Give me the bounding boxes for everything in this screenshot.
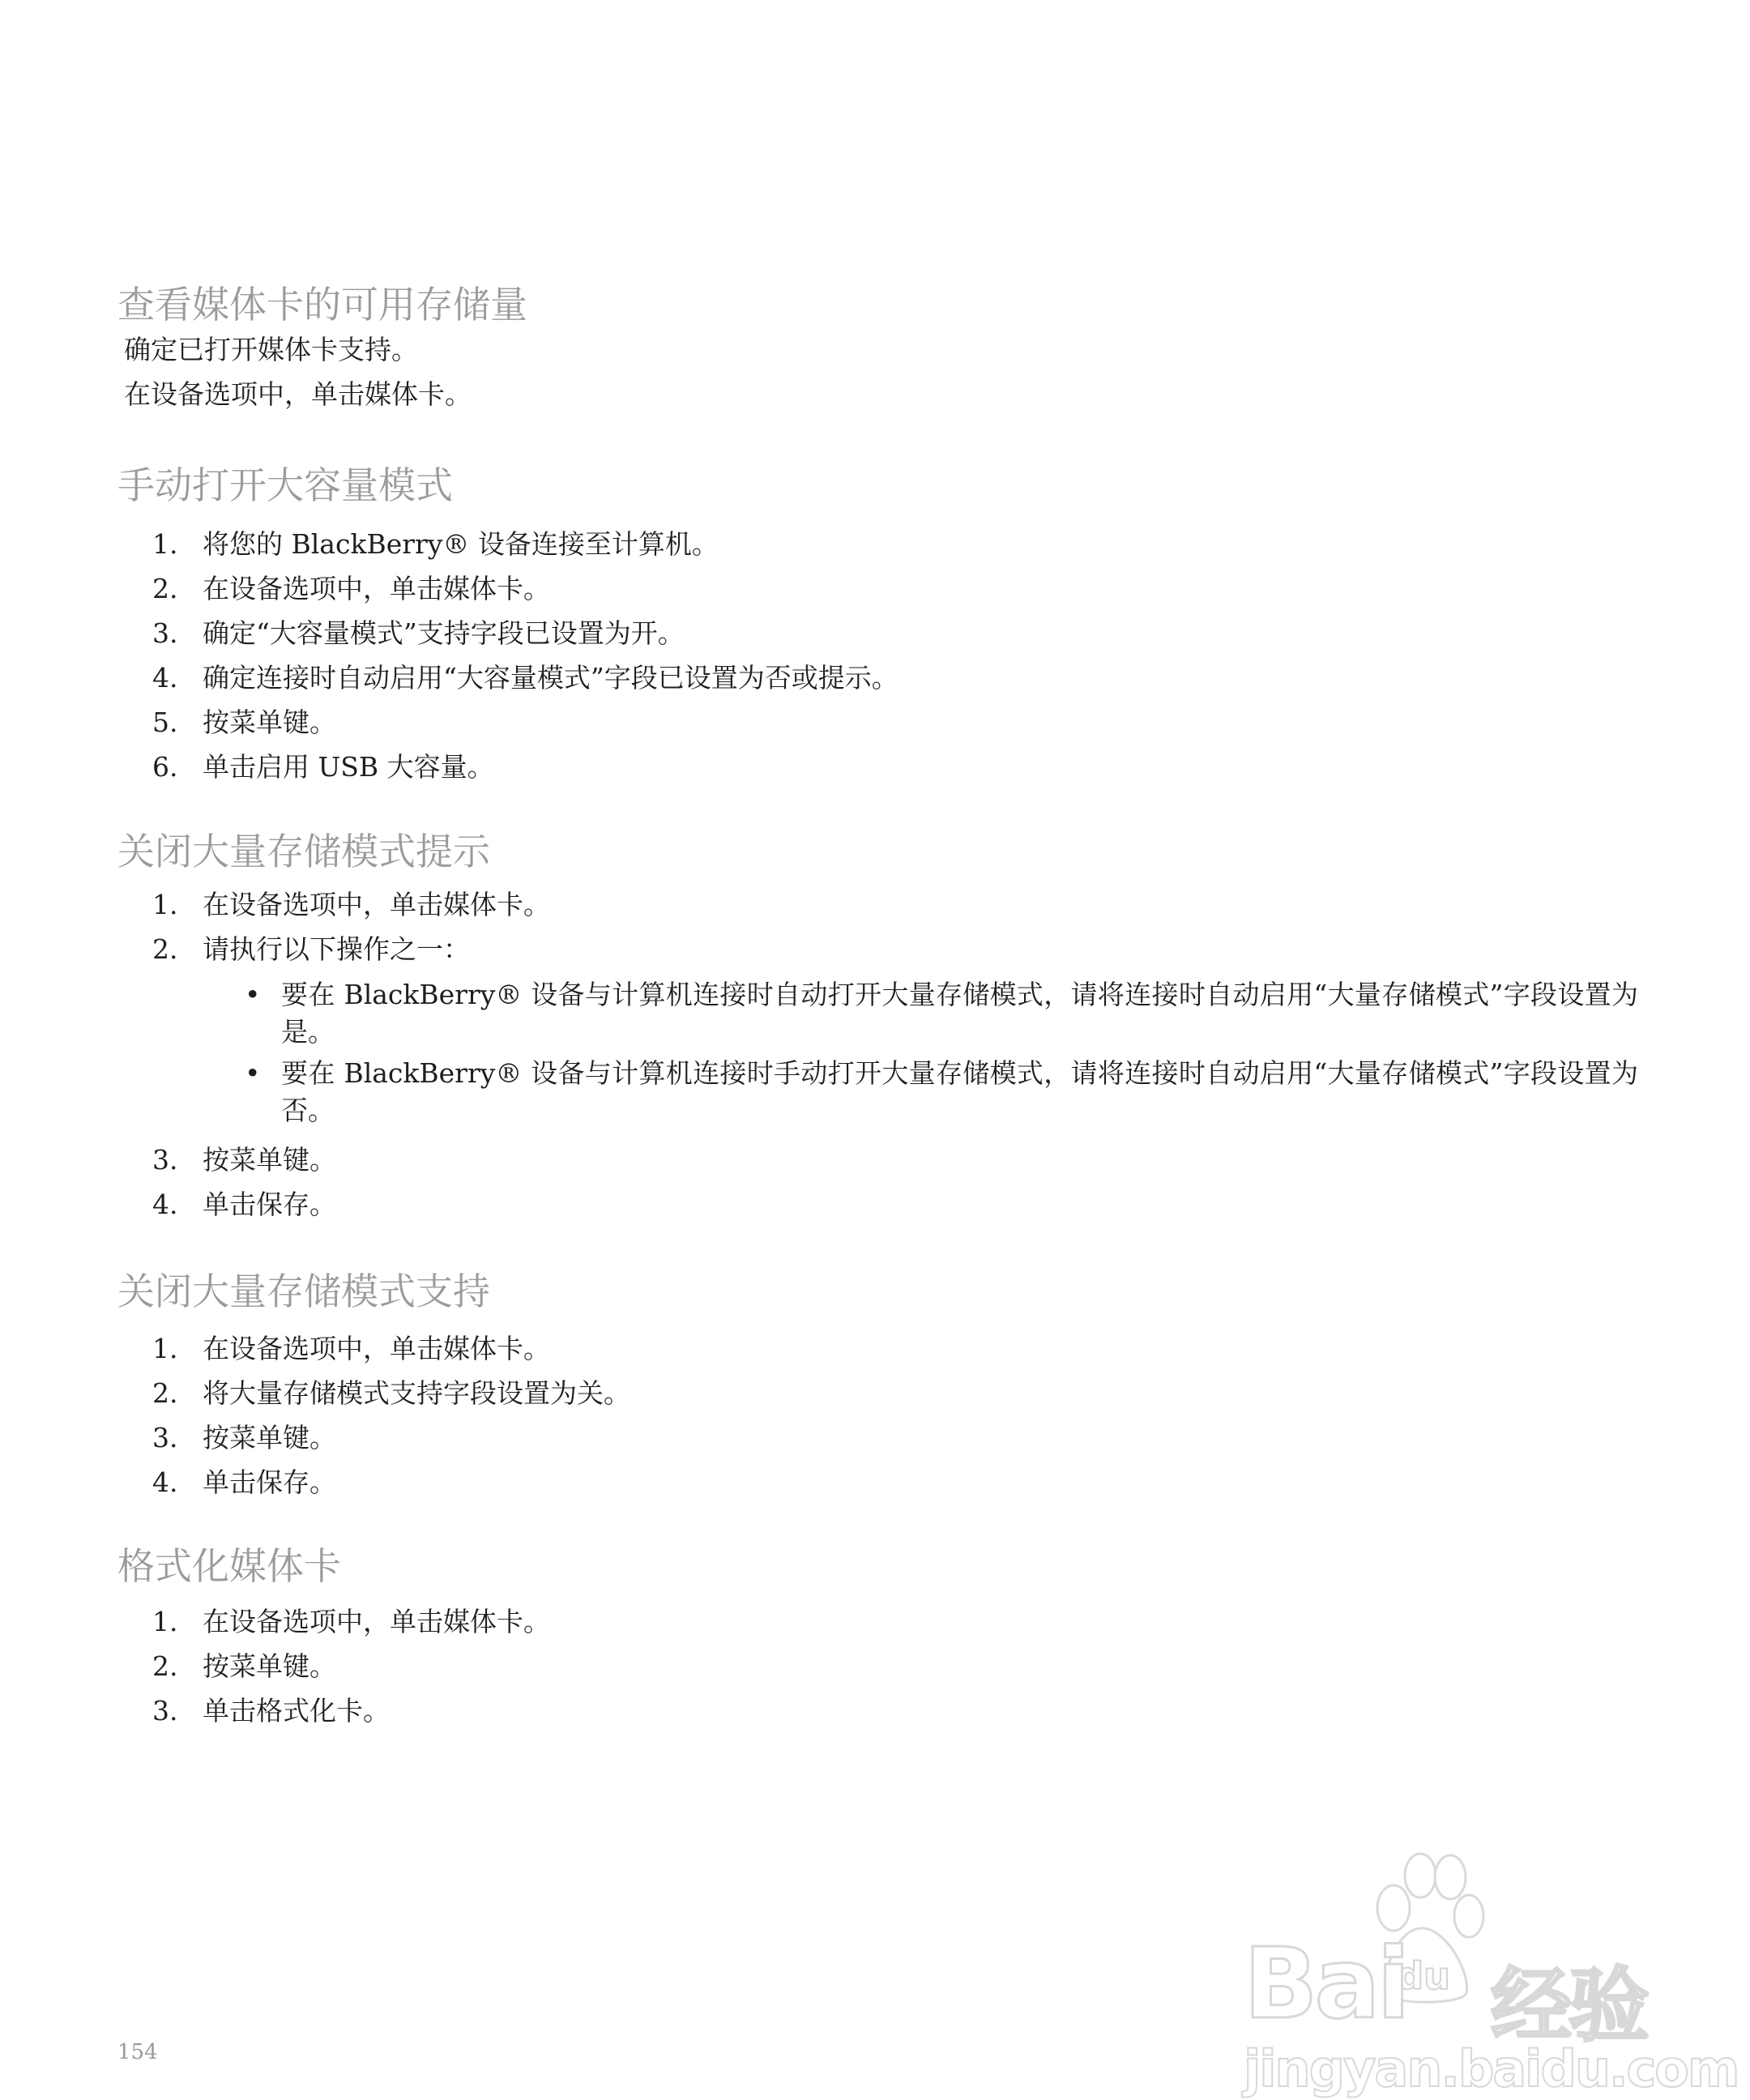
watermark-brand-left: Bai <box>1244 1928 1407 2041</box>
step-text: 单击保存。 <box>203 1466 336 1498</box>
bullet-icon: • <box>245 1055 277 1092</box>
step-number: 1. <box>152 1606 203 1638</box>
list-item: 3.单击格式化卡。 <box>152 1695 390 1727</box>
step-number: 3. <box>152 1422 203 1454</box>
list-item: 6.单击启用 USB 大容量。 <box>152 751 494 783</box>
step-text: 请执行以下操作之一： <box>203 933 470 965</box>
step-text: 单击启用 USB 大容量。 <box>203 751 494 783</box>
step-number: 4. <box>152 1466 203 1499</box>
section-heading-disable-mass-storage-support: 关闭大量存储模式支持 <box>117 1270 490 1312</box>
step-number: 4. <box>152 662 203 694</box>
step-text: 按菜单键。 <box>203 1144 336 1176</box>
step-text: 按菜单键。 <box>203 1650 336 1682</box>
step-number: 2. <box>152 573 203 605</box>
step-number: 3. <box>152 1144 203 1176</box>
bullet-icon: • <box>245 976 277 1014</box>
list-item: 3.按菜单键。 <box>152 1144 336 1176</box>
list-item: 4.单击保存。 <box>152 1189 336 1221</box>
step-number: 3. <box>152 1695 203 1727</box>
step-text: 在设备选项中，单击媒体卡。 <box>203 573 550 604</box>
step-number: 6. <box>152 751 203 783</box>
step-number: 1. <box>152 528 203 561</box>
list-item: 2.请执行以下操作之一： <box>152 933 470 966</box>
step-text: 按菜单键。 <box>203 706 336 738</box>
page-number: 154 <box>117 2040 158 2064</box>
list-item: 2.按菜单键。 <box>152 1650 336 1683</box>
step-text: 单击格式化卡。 <box>203 1695 390 1727</box>
step-number: 2. <box>152 1650 203 1683</box>
step-number: 2. <box>152 933 203 966</box>
list-item: 3.按菜单键。 <box>152 1422 336 1454</box>
bullet-text: 要在 BlackBerry® 设备与计算机连接时手动打开大量存储模式，请将连接时… <box>281 1055 1638 1129</box>
section-heading-manual-mass-storage: 手动打开大容量模式 <box>117 464 453 506</box>
section-heading-view-storage: 查看媒体卡的可用存储量 <box>117 284 527 326</box>
list-item: 4.单击保存。 <box>152 1466 336 1499</box>
paragraph: 确定已打开媒体卡支持。 <box>124 334 418 366</box>
list-item: 1.在设备选项中，单击媒体卡。 <box>152 1606 550 1638</box>
bullet-text: 要在 BlackBerry® 设备与计算机连接时自动打开大量存储模式，请将连接时… <box>281 976 1638 1051</box>
list-item: 1.将您的 BlackBerry® 设备连接至计算机。 <box>152 528 719 561</box>
list-item: 2.在设备选项中，单击媒体卡。 <box>152 573 550 605</box>
section-heading-format-media-card: 格式化媒体卡 <box>117 1545 341 1587</box>
paragraph: 在设备选项中，单击媒体卡。 <box>124 378 472 411</box>
step-text: 确定连接时自动启用“大容量模式”字段已设置为否或提示。 <box>203 662 898 694</box>
step-text: 按菜单键。 <box>203 1422 336 1453</box>
step-number: 5. <box>152 706 203 739</box>
step-text: 在设备选项中，单击媒体卡。 <box>203 1333 550 1364</box>
step-text: 在设备选项中，单击媒体卡。 <box>203 1606 550 1637</box>
step-text: 单击保存。 <box>203 1189 336 1220</box>
list-item: 4.确定连接时自动启用“大容量模式”字段已设置为否或提示。 <box>152 662 898 694</box>
step-number: 2. <box>152 1377 203 1410</box>
list-item: 5.按菜单键。 <box>152 706 336 739</box>
step-number: 4. <box>152 1189 203 1221</box>
baidu-jingyan-watermark: du Bai 经验 jingyan.baidu.com <box>1244 1851 1665 2094</box>
watermark-url: jingyan.baidu.com <box>1244 2039 1738 2098</box>
list-item: 1.在设备选项中，单击媒体卡。 <box>152 889 550 921</box>
step-number: 1. <box>152 1333 203 1365</box>
step-number: 3. <box>152 617 203 650</box>
step-text: 将您的 BlackBerry® 设备连接至计算机。 <box>203 528 719 560</box>
step-text: 在设备选项中，单击媒体卡。 <box>203 889 550 920</box>
step-text: 确定“大容量模式”支持字段已设置为开。 <box>203 617 685 649</box>
bullet-item: •要在 BlackBerry® 设备与计算机连接时自动打开大量存储模式，请将连接… <box>245 976 1638 1051</box>
step-text: 将大量存储模式支持字段设置为关。 <box>203 1377 630 1409</box>
section-heading-disable-mass-storage-prompt: 关闭大量存储模式提示 <box>117 830 490 873</box>
bullet-item: •要在 BlackBerry® 设备与计算机连接时手动打开大量存储模式，请将连接… <box>245 1055 1638 1129</box>
list-item: 1.在设备选项中，单击媒体卡。 <box>152 1333 550 1365</box>
step-number: 1. <box>152 889 203 921</box>
list-item: 3.确定“大容量模式”支持字段已设置为开。 <box>152 617 685 650</box>
list-item: 2.将大量存储模式支持字段设置为关。 <box>152 1377 630 1410</box>
